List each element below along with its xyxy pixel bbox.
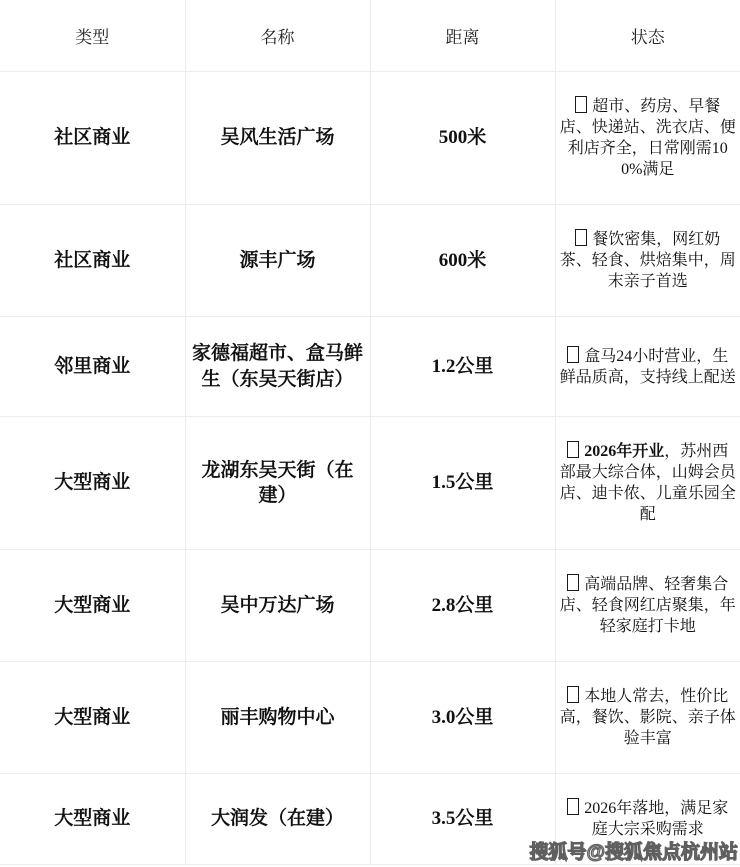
name-cell: 源丰广场 bbox=[185, 205, 370, 317]
name-cell: 吴中万达广场 bbox=[185, 550, 370, 662]
type-cell: 大型商业 bbox=[0, 774, 185, 865]
name-cell: 大润发（在建） bbox=[185, 774, 370, 865]
distance-cell: 3.0公里 bbox=[370, 662, 555, 774]
table-row: 邻里商业 家德福超市、盒马鲜生（东吴天街店） 1.2公里 盒马24小时营业，生鲜… bbox=[0, 317, 740, 417]
column-header-name: 名称 bbox=[185, 0, 370, 72]
missing-glyph-icon bbox=[575, 96, 587, 113]
distance-cell: 1.5公里 bbox=[370, 417, 555, 550]
table-row: 大型商业 丽丰购物中心 3.0公里 本地人常去，性价比高，餐饮、影院、亲子体验丰… bbox=[0, 662, 740, 774]
table-row: 大型商业 大润发（在建） 3.5公里 2026年落地，满足家庭大宗采购需求 bbox=[0, 774, 740, 865]
type-cell: 邻里商业 bbox=[0, 317, 185, 417]
missing-glyph-icon bbox=[567, 441, 579, 458]
status-cell: 餐饮密集，网红奶茶、轻食、烘焙集中，周末亲子首选 bbox=[555, 205, 740, 317]
type-cell: 大型商业 bbox=[0, 550, 185, 662]
table-row: 大型商业 吴中万达广场 2.8公里 高端品牌、轻奢集合店、轻食网红店聚集，年轻家… bbox=[0, 550, 740, 662]
missing-glyph-icon bbox=[575, 229, 587, 246]
status-cell: 2026年落地，满足家庭大宗采购需求 bbox=[555, 774, 740, 865]
name-cell: 吴风生活广场 bbox=[185, 72, 370, 205]
distance-cell: 600米 bbox=[370, 205, 555, 317]
type-cell: 社区商业 bbox=[0, 72, 185, 205]
distance-cell: 3.5公里 bbox=[370, 774, 555, 865]
column-header-distance: 距离 bbox=[370, 0, 555, 72]
commercial-facilities-table: 类型 名称 距离 状态 社区商业 吴风生活广场 500米 超市、药房、早餐店、快… bbox=[0, 0, 740, 865]
type-cell: 大型商业 bbox=[0, 662, 185, 774]
column-header-type: 类型 bbox=[0, 0, 185, 72]
type-cell: 大型商业 bbox=[0, 417, 185, 550]
name-cell: 家德福超市、盒马鲜生（东吴天街店） bbox=[185, 317, 370, 417]
missing-glyph-icon bbox=[567, 574, 579, 591]
type-cell: 社区商业 bbox=[0, 205, 185, 317]
name-cell: 龙湖东吴天街（在建） bbox=[185, 417, 370, 550]
table-row: 社区商业 源丰广场 600米 餐饮密集，网红奶茶、轻食、烘焙集中，周末亲子首选 bbox=[0, 205, 740, 317]
column-header-status: 状态 bbox=[555, 0, 740, 72]
missing-glyph-icon bbox=[567, 798, 579, 815]
missing-glyph-icon bbox=[567, 346, 579, 363]
status-cell: 超市、药房、早餐店、快递站、洗衣店、便利店齐全，日常刚需100%满足 bbox=[555, 72, 740, 205]
header-row: 类型 名称 距离 状态 bbox=[0, 0, 740, 72]
missing-glyph-icon bbox=[567, 686, 579, 703]
status-cell: 盒马24小时营业，生鲜品质高，支持线上配送 bbox=[555, 317, 740, 417]
status-cell: 本地人常去，性价比高，餐饮、影院、亲子体验丰富 bbox=[555, 662, 740, 774]
status-cell: 高端品牌、轻奢集合店、轻食网红店聚集，年轻家庭打卡地 bbox=[555, 550, 740, 662]
distance-cell: 1.2公里 bbox=[370, 317, 555, 417]
distance-cell: 2.8公里 bbox=[370, 550, 555, 662]
table-row: 社区商业 吴风生活广场 500米 超市、药房、早餐店、快递站、洗衣店、便利店齐全… bbox=[0, 72, 740, 205]
table-row: 大型商业 龙湖东吴天街（在建） 1.5公里 2026年开业，苏州西部最大综合体，… bbox=[0, 417, 740, 550]
name-cell: 丽丰购物中心 bbox=[185, 662, 370, 774]
status-cell: 2026年开业，苏州西部最大综合体，山姆会员店、迪卡侬、儿童乐园全配 bbox=[555, 417, 740, 550]
distance-cell: 500米 bbox=[370, 72, 555, 205]
